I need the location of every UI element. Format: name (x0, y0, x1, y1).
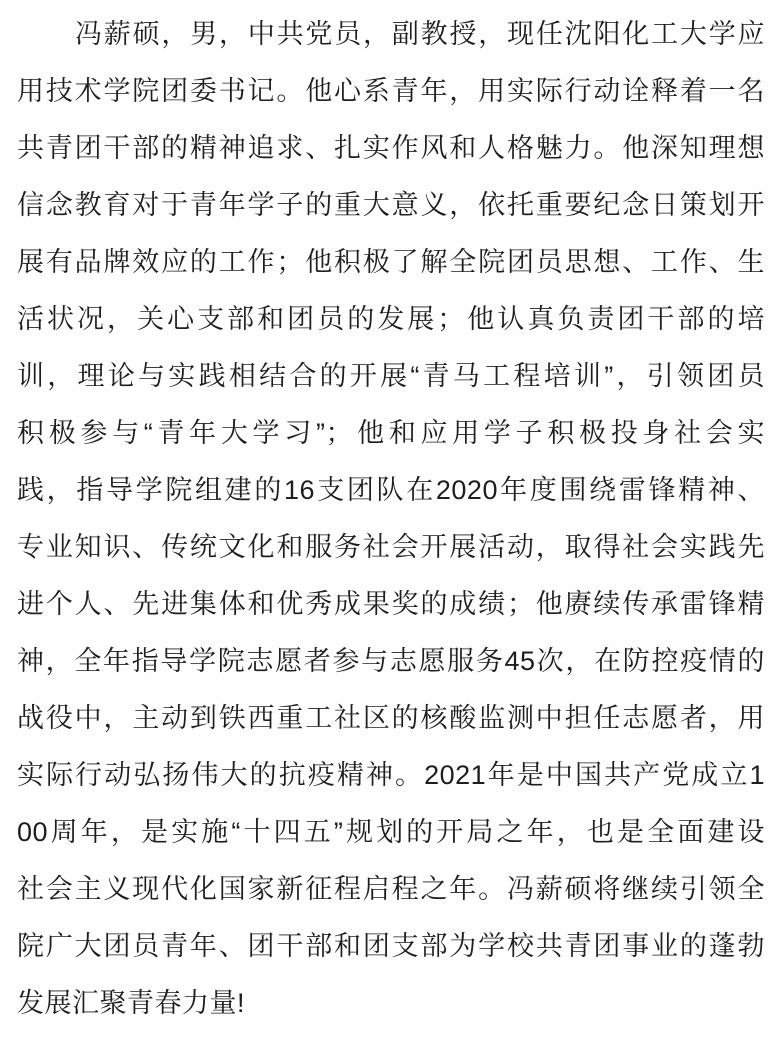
text-line: 实际行动弘扬伟大的抗疫精神。2021年是中国共产党成立1 (17, 747, 765, 804)
text-line: 积极参与“青年大学习”；他和应用学子积极投身社会实 (17, 405, 765, 462)
text-line: 用技术学院团委书记。他心系青年，用实际行动诠释着一名 (17, 63, 765, 120)
text-line: 发展汇聚青春力量! (17, 975, 765, 1032)
text-line: 信念教育对于青年学子的重大意义，依托重要纪念日策划开 (17, 177, 765, 234)
text-line: 活状况，关心支部和团员的发展；他认真负责团干部的培 (17, 291, 765, 348)
text-line: 专业知识、传统文化和服务社会开展活动，取得社会实践先 (17, 519, 765, 576)
document-page: 冯薪硕，男，中共党员，副教授，现任沈阳化工大学应 用技术学院团委书记。他心系青年… (0, 0, 784, 1051)
text-line: 院广大团员青年、团干部和团支部为学校共青团事业的蓬勃 (17, 918, 765, 975)
text-line: 冯薪硕，男，中共党员，副教授，现任沈阳化工大学应 (17, 6, 765, 63)
text-line: 践，指导学院组建的16支团队在2020年度围绕雷锋精神、 (17, 462, 765, 519)
text-line: 进个人、先进集体和优秀成果奖的成绩；他赓续传承雷锋精 (17, 576, 765, 633)
text-line: 战役中，主动到铁西重工社区的核酸监测中担任志愿者，用 (17, 690, 765, 747)
text-line: 训，理论与实践相结合的开展“青马工程培训”，引领团员 (17, 348, 765, 405)
text-line: 神，全年指导学院志愿者参与志愿服务45次，在防控疫情的 (17, 633, 765, 690)
text-line: 00周年，是实施“十四五”规划的开局之年，也是全面建设 (17, 804, 765, 861)
text-line: 社会主义现代化国家新征程启程之年。冯薪硕将继续引领全 (17, 861, 765, 918)
text-line: 展有品牌效应的工作；他积极了解全院团员思想、工作、生 (17, 234, 765, 291)
text-line: 共青团干部的精神追求、扎实作风和人格魅力。他深知理想 (17, 120, 765, 177)
